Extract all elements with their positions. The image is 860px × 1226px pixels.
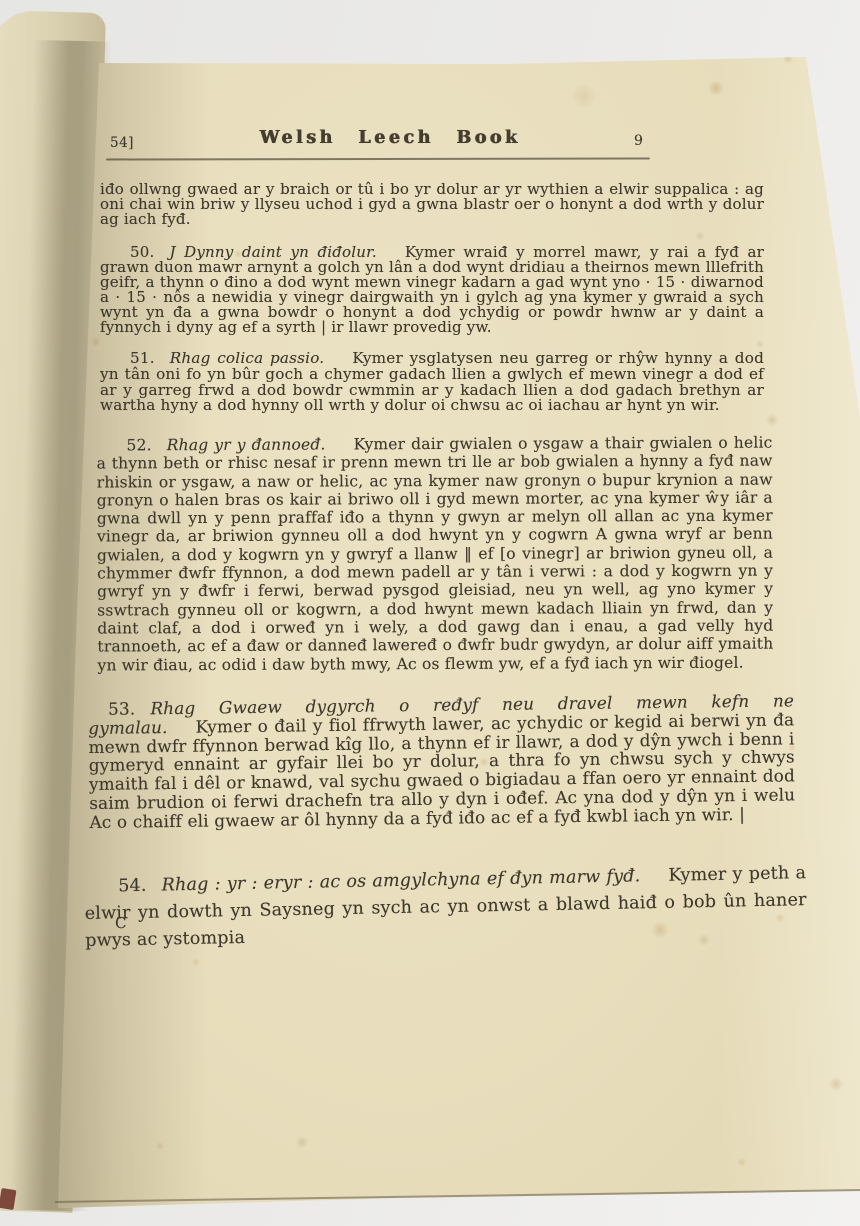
recipe-number: 54.	[118, 875, 147, 896]
photo-of-book-page: { "header": { "folio_ref": "54]", "title…	[0, 0, 860, 1226]
recipe-54: 54.Rhag : yr : eryr : ac os amgylchyna e…	[84, 860, 807, 955]
paragraph-body: iđo ollwng gwaed ar y braich or tû i bo …	[100, 180, 764, 228]
recipe-53: 53.Rhag Gwaew dygyrch o ređyf neu dravel…	[88, 691, 796, 831]
recipe-52: 52.Rhag yr y đannoeđ.Kymer dair gwialen …	[96, 433, 773, 674]
recipe-body: Kymer dair gwialen o ysgaw a thair gwial…	[97, 433, 774, 674]
page-text: 54] Welsh Leech Book 9 iđo ollwng gwaed …	[0, 0, 860, 1226]
recipe-number: 52.	[126, 436, 151, 454]
recipe-body: Kymer o đail y fiol ffrwyth lawer, ac yc…	[88, 709, 795, 832]
recipe-heading: Rhag yr y đannoeđ.	[167, 435, 326, 454]
header-rule	[106, 158, 650, 161]
page-number: 9	[634, 133, 643, 149]
running-title: Welsh Leech Book	[240, 128, 540, 148]
recipe-50: 50.J Dynny daint yn điđolur.Kymer wraiđ …	[100, 245, 764, 334]
signature-mark: C	[115, 914, 127, 932]
recipe-51: 51.Rhag colica passio.Kymer ysglatysen n…	[100, 351, 764, 414]
recipe-number: 53.	[108, 698, 136, 718]
folio-reference: 54]	[110, 135, 134, 151]
recipe-heading: Rhag : yr : eryr : ac os amgylchyna ef đ…	[161, 866, 640, 895]
paragraph-continuation: iđo ollwng gwaed ar y braich or tû i bo …	[100, 182, 764, 228]
